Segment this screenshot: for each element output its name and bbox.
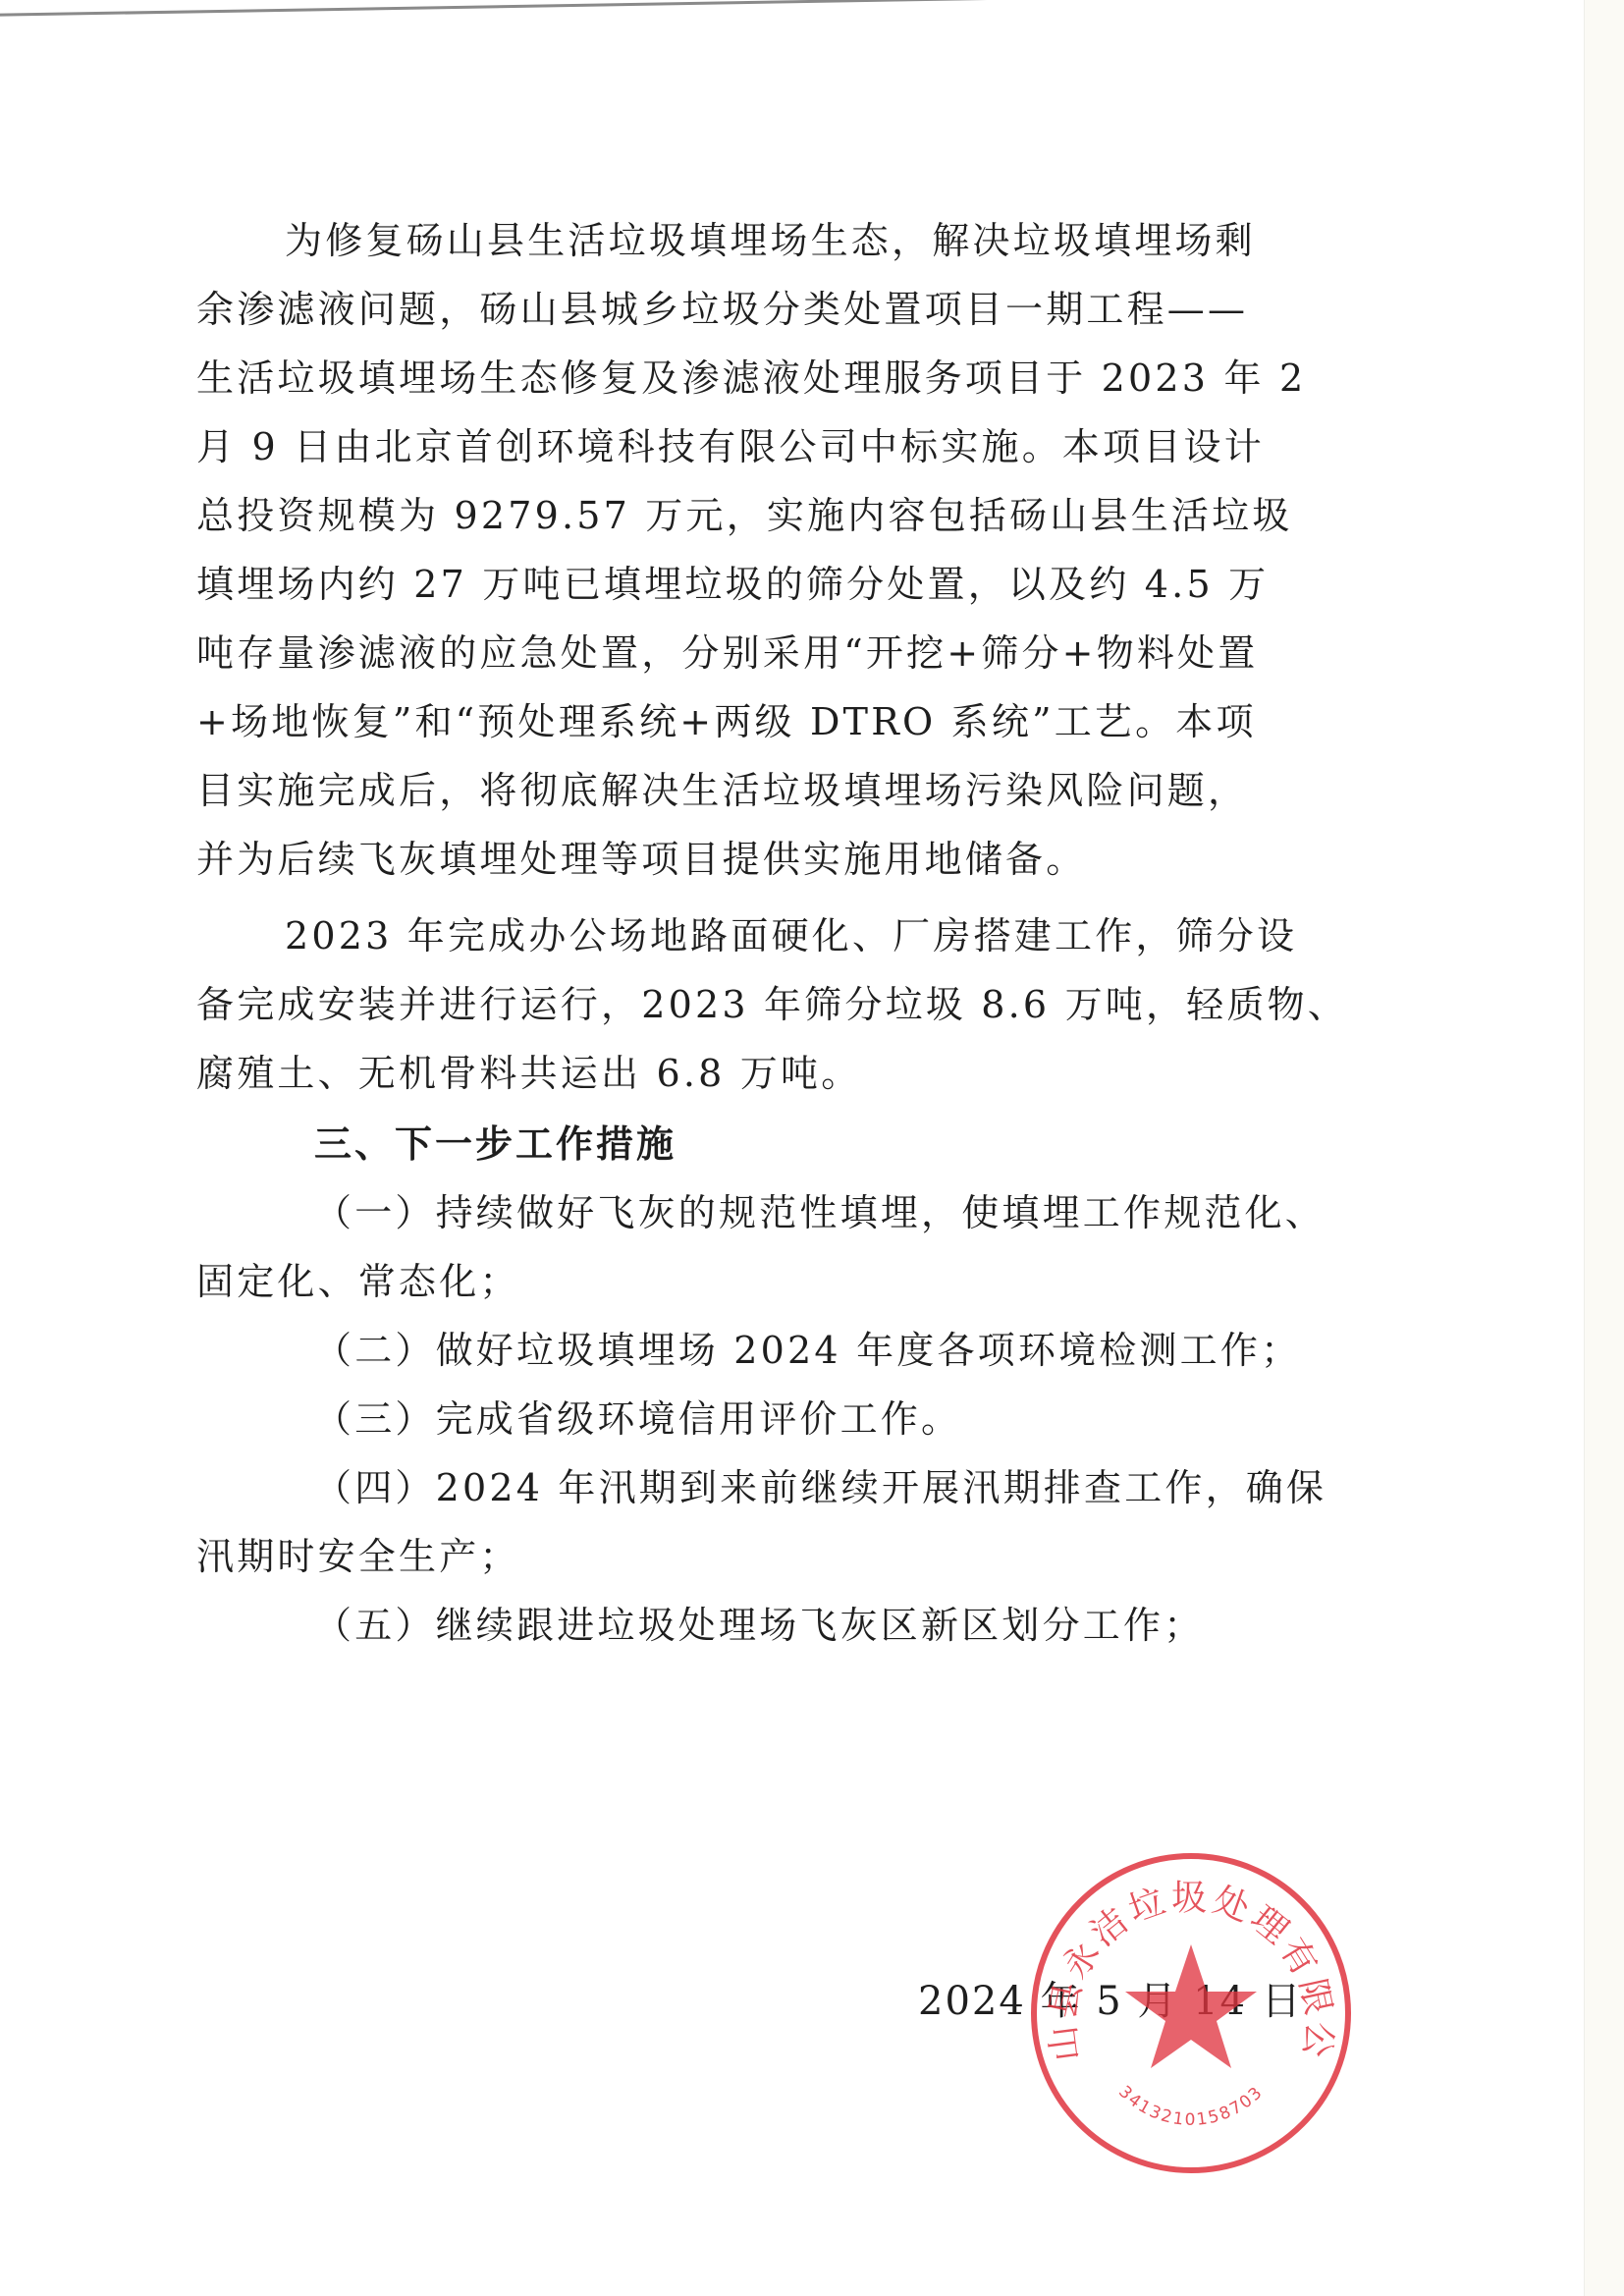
text-line: 并为后续飞灰填埋处理等项目提供实施用地储备。 [196, 837, 1086, 882]
text-line: 余渗滤液问题，砀山县城乡垃圾分类处置项目一期工程—— [196, 287, 1248, 332]
seal-code: 3413210158703 [1114, 2082, 1268, 2130]
text-line: 腐殖土、无机骨料共运出 6.8 万吨。 [196, 1051, 861, 1096]
text-line: 目实施完成后，将彻底解决生活垃圾填埋场污染风险问题， [196, 768, 1248, 813]
text-line: 固定化、常态化； [196, 1259, 520, 1304]
text-line: 2023 年完成办公场地路面硬化、厂房搭建工作，筛分设 [285, 913, 1297, 958]
section-heading: 三、下一步工作措施 [314, 1121, 677, 1167]
text-line: 备完成安装并进行运行，2023 年筛分垃圾 8.6 万吨，轻质物、 [196, 982, 1348, 1027]
document-page: 为修复砀山县生活垃圾填埋场生态，解决垃圾填埋场剩 余渗滤液问题，砀山县城乡垃圾分… [0, 0, 1624, 2296]
text-line: （二）做好垃圾填埋场 2024 年度各项环境检测工作； [314, 1328, 1301, 1373]
text-line: 汛期时安全生产； [196, 1534, 520, 1579]
text-line: 总投资规模为 9279.57 万元，实施内容包括砀山县生活垃圾 [196, 493, 1293, 538]
text-line: 填埋场内约 27 万吨已填埋垃圾的筛分处置，以及约 4.5 万 [196, 562, 1269, 607]
text-line: （一）持续做好飞灰的规范性填埋，使填埋工作规范化、 [314, 1190, 1326, 1235]
text-line: 月 9 日由北京首创环境科技有限公司中标实施。本项目设计 [196, 424, 1265, 469]
text-line: 生活垃圾填埋场生态修复及渗滤液处理服务项目于 2023 年 2 [196, 355, 1306, 401]
star-icon [1125, 1944, 1257, 2068]
text-line: （三）完成省级环境信用评价工作。 [314, 1396, 961, 1442]
text-line: （五）继续跟进垃圾处理场飞灰区新区划分工作； [314, 1603, 1204, 1648]
text-line: +场地恢复”和“预处理系统+两级 DTRO 系统”工艺。本项 [196, 699, 1257, 744]
text-line: 吨存量渗滤液的应急处置，分别采用“开挖+筛分+物料处置 [196, 630, 1259, 676]
text-line: 为修复砀山县生活垃圾填埋场生态，解决垃圾填埋场剩 [285, 218, 1256, 263]
official-seal-stamp: 砀山县永洁垃圾处理有限公司 3413210158703 [1024, 1846, 1358, 2180]
text-line: （四）2024 年汛期到来前继续开展汛期排查工作，确保 [314, 1465, 1326, 1510]
